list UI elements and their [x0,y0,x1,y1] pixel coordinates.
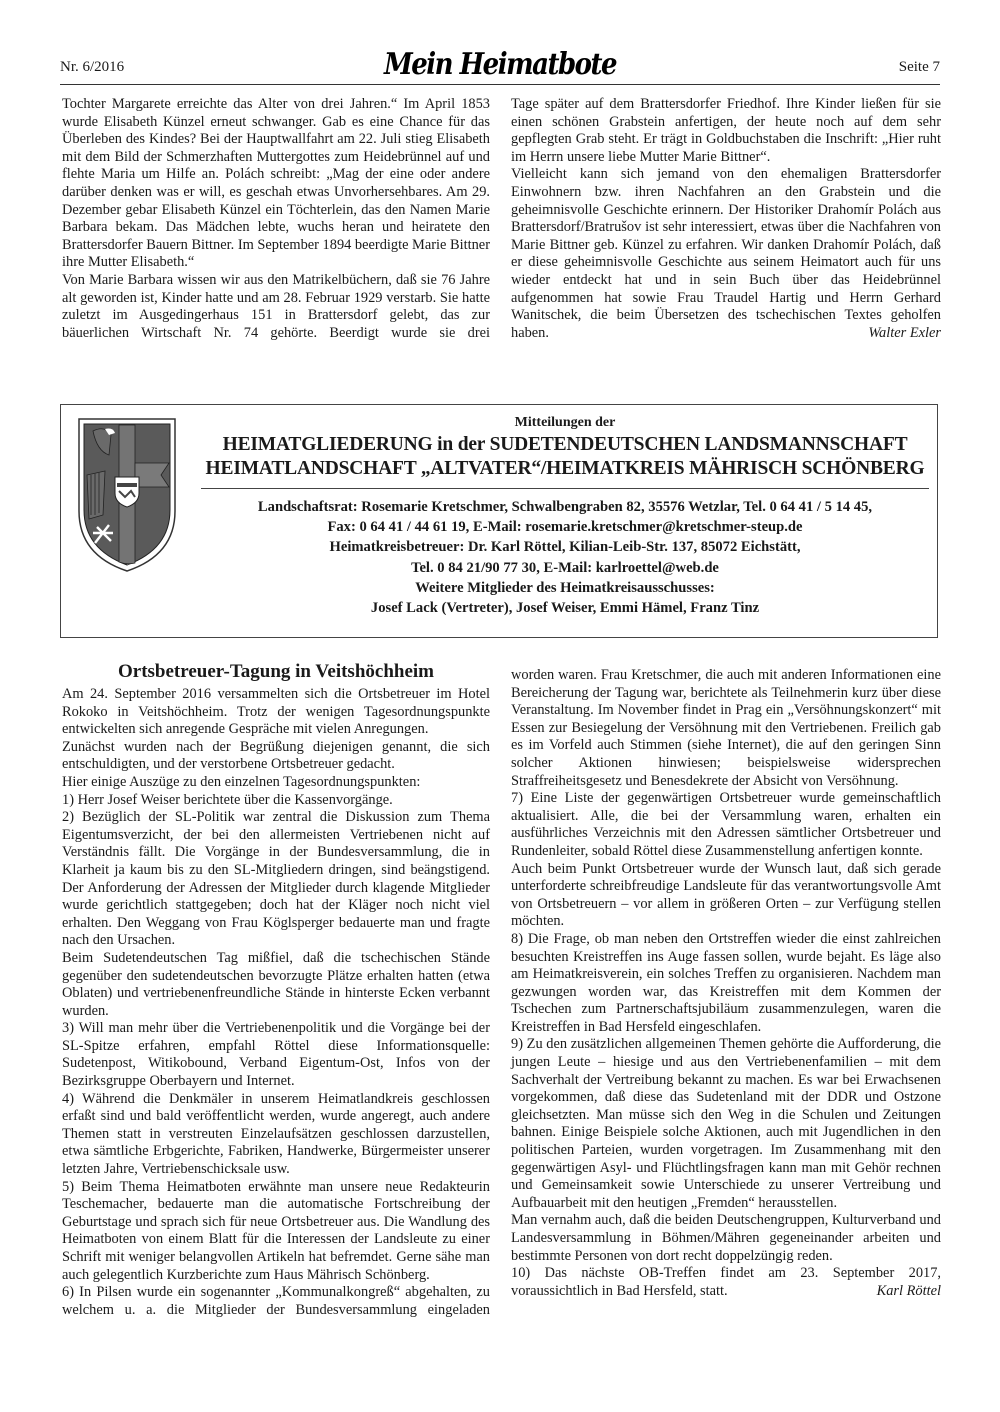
paragraph: 6) In Pilsen wurde ein sogenannter „Komm… [62,1284,490,1319]
paragraph: 8) Die Frage, ob man neben den Ortstreff… [511,931,941,1037]
paragraph: worden waren. Frau Kretschmer, die auch … [511,667,941,790]
info-box-pretitle: Mitteilungen der [201,413,929,433]
paragraph: 5) Beim Thema Heimatboten erwähnte man u… [62,1179,490,1285]
paragraph: Tage später auf dem Brattersdorfer Fried… [511,96,941,166]
paragraph: Am 24. September 2016 versammelten sich … [62,686,490,739]
contact-line: Fax: 0 64 41 / 44 61 19, E-Mail: rosemar… [201,517,929,537]
paragraph: 1) Herr Josef Weiser berichtete über die… [62,792,490,810]
paragraph: Zunächst wurden nach der Begrüßung dieje… [62,739,490,774]
info-box-title-line-1: HEIMATGLIEDERUNG in der SUDETENDEUTSCHEN… [201,433,929,457]
paragraph: 2) Bezüglich der SL-Politik war zentral … [62,809,490,950]
paragraph: Hier einige Auszüge zu den einzelnen Tag… [62,774,490,792]
paragraph: Tochter Margarete erreichte das Alter vo… [62,96,490,272]
contact-line: Heimatkreisbetreuer: Dr. Karl Röttel, Ki… [201,537,929,557]
paragraph: Von Marie Barbara wissen wir aus den Mat… [62,272,490,342]
author-signature: Walter Exler [868,325,941,343]
divider [201,488,929,489]
issue-number: Nr. 6/2016 [60,59,124,76]
paragraph: Man vernahm auch, daß die beiden Deutsch… [511,1212,941,1265]
article-title: Ortsbetreuer-Tagung in Veitshöchheim [62,661,490,683]
heimatgliederung-info-box: Mitteilungen der HEIMATGLIEDERUNG in der… [60,404,938,638]
contact-line: Tel. 0 84 21/90 77 30, E-Mail: karlroett… [201,558,929,578]
article-right-column: worden waren. Frau Kretschmer, die auch … [511,667,941,1300]
top-article-right-column: Tage später auf dem Brattersdorfer Fried… [511,96,941,342]
coat-of-arms-icon [75,415,179,575]
paragraph: Beim Sudetendeutschen Tag mißfiel, daß d… [62,950,490,1020]
page-header: Nr. 6/2016 Mein Heimatbote Seite 7 [60,54,940,85]
paragraph: 4) Während die Denkmäler in unserem Heim… [62,1091,490,1179]
paragraph: Vielleicht kann sich jemand von den ehem… [511,166,941,342]
paragraph: Auch beim Punkt Ortsbetreuer wurde der W… [511,861,941,931]
paragraph: 10) Das nächste OB-Treffen findet am 23.… [511,1265,941,1300]
author-signature: Karl Röttel [877,1283,941,1301]
contact-line: Weitere Mitglieder des Heimatkreisaussch… [201,578,929,598]
article-left-column: Am 24. September 2016 versammelten sich … [62,686,490,1319]
info-box-content: Mitteilungen der HEIMATGLIEDERUNG in der… [201,413,929,618]
top-article-left-column: Tochter Margarete erreichte das Alter vo… [62,96,490,342]
page-number: Seite 7 [899,59,940,76]
paragraph: 3) Will man mehr über die Vertriebenenpo… [62,1020,490,1090]
paragraph: 9) Zu den zusätzlichen allgemeinen Theme… [511,1036,941,1212]
contact-line: Landschaftsrat: Rosemarie Kretschmer, Sc… [201,497,929,517]
contact-line: Josef Lack (Vertreter), Josef Weiser, Em… [201,598,929,618]
paragraph: 7) Eine Liste der gegenwärtigen Ortsbetr… [511,790,941,860]
masthead-logo: Mein Heimatbote [384,48,616,83]
info-box-title-line-2: HEIMATLANDSCHAFT „ALTVATER“/HEIMATKREIS … [201,457,929,481]
